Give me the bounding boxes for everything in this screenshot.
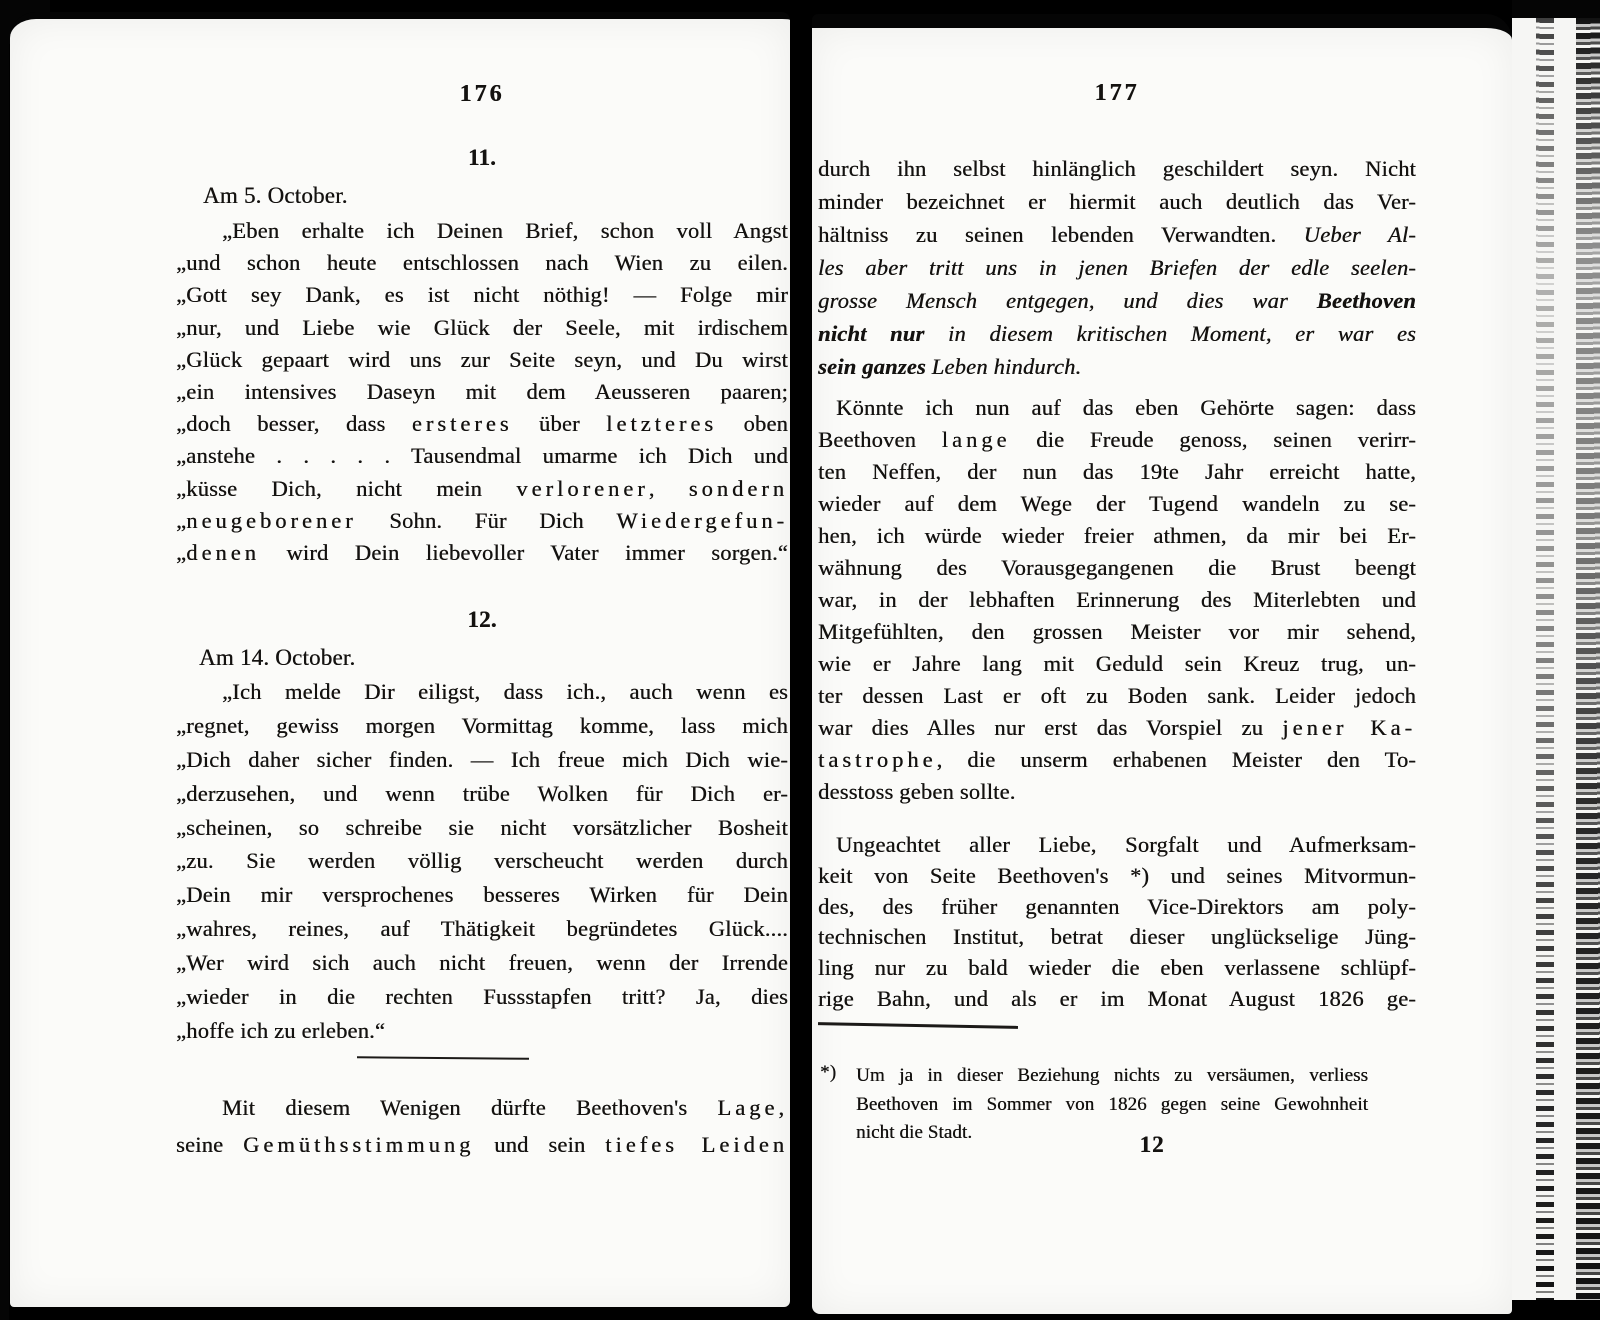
paragraph-3: Ungeachtet aller Liebe, Sorgfalt und Auf…	[818, 830, 1416, 1015]
text-line: „derzusehen, und wenn trübe Wolken für D…	[176, 777, 788, 811]
text-line: Beethoven im Sommer von 1826 gegen seine…	[856, 1091, 1368, 1120]
scan-streak-fore-edge-b	[1576, 18, 1600, 1300]
text-line: ten Neffen, der nun das 19te Jahr erreic…	[818, 456, 1416, 488]
scan-fore-edge	[1512, 0, 1600, 1300]
text-line: Ungeachtet aller Liebe, Sorgfalt und Auf…	[818, 830, 1416, 861]
text-line: „ein intensives Daseyn mit dem Aeusseren…	[176, 376, 788, 408]
text-line: „nur, und Liebe wie Glück der Seele, mit…	[176, 312, 788, 344]
text-line: les aber tritt uns in jenen Briefen der …	[818, 251, 1416, 284]
letter-text-12: „Ich melde Dir eiligst, dass ich., auch …	[176, 675, 788, 1048]
text-line: des, des früher genannten Vice-Direktors…	[818, 892, 1416, 923]
letter-text-11: „Eben erhalte ich Deinen Brief, schon vo…	[176, 215, 788, 569]
page-number-left: 176	[176, 81, 788, 108]
text-line: desstoss geben sollte.	[818, 776, 1416, 808]
text-line: minder bezeichnet er hiermit auch deutli…	[818, 185, 1416, 218]
text-line: „Dein mir versprochenes besseres Wirken …	[176, 878, 788, 912]
text-line: hen, ich würde wieder freier athmen, da …	[818, 520, 1416, 552]
text-line: „und schon heute entschlossen nach Wien …	[176, 247, 788, 279]
scan-edge-stripe-left	[0, 0, 9, 1320]
text-line: „wahres, reines, auf Thätigkeit begründe…	[176, 912, 788, 946]
text-line: grosse Mensch entgegen, und dies war Bee…	[818, 284, 1416, 317]
text-line: „zu. Sie werden völlig verscheucht werde…	[176, 844, 788, 878]
text-line: „Ich melde Dir eiligst, dass ich., auch …	[176, 675, 788, 709]
footnote-marker: *)	[820, 1062, 836, 1084]
text-line: „Eben erhalte ich Deinen Brief, schon vo…	[176, 215, 788, 247]
text-line: „küsse Dich, nicht mein verlorener, sond…	[176, 473, 788, 505]
text-line: Könnte ich nun auf das eben Gehörte sage…	[818, 392, 1416, 424]
text-line: „Glück gepaart wird uns zur Seite seyn, …	[176, 344, 788, 376]
text-line: nicht nur in diesem kritischen Moment, e…	[818, 317, 1416, 350]
text-line: „wieder in die rechten Fussstapfen tritt…	[176, 980, 788, 1014]
text-line: rige Bahn, und als er im Monat August 18…	[818, 984, 1416, 1015]
text-line: hältniss zu seinen lebenden Verwandten. …	[818, 218, 1416, 251]
footnote-rule	[818, 1022, 1018, 1029]
closing-paragraph: Mit diesem Wenigen dürfte Beethoven's La…	[176, 1089, 788, 1163]
text-line: „anstehe . . . . . Tausendmal umarme ich…	[176, 440, 788, 472]
text-line: Mit diesem Wenigen dürfte Beethoven's La…	[176, 1089, 788, 1126]
left-page: 176 11. Am 5. October. „Eben erhalte ich…	[10, 12, 790, 1307]
text-line: „Dich daher sicher finden. — Ich freue m…	[176, 743, 788, 777]
text-line: „doch besser, dass ersteres über letzter…	[176, 408, 788, 440]
text-line: ling nur zu bald wieder die eben verlass…	[818, 953, 1416, 984]
text-line: Beethoven lange die Freude genoss, seine…	[818, 424, 1416, 456]
section-date-12: Am 14. October.	[199, 645, 355, 671]
text-line: „scheinen, so schreibe sie nicht vorsätz…	[176, 811, 788, 845]
right-page: 177 durch ihn selbst hinlänglich geschil…	[812, 14, 1512, 1314]
text-line: seine Gemüthsstimmung und sein tiefes Le…	[176, 1126, 788, 1163]
text-line: keit von Seite Beethoven's *) und seines…	[818, 861, 1416, 892]
text-line: „denen wird Dein liebevoller Vater immer…	[176, 537, 788, 569]
text-line: „hoffe ich zu erleben.“	[176, 1014, 788, 1048]
scan-streak-fore-edge-a	[1536, 18, 1554, 1300]
text-line: „Wer wird sich auch nicht freuen, wenn d…	[176, 946, 788, 980]
section-divider-rule	[357, 1056, 529, 1060]
page-number-right: 177	[818, 80, 1416, 107]
text-line: war dies Alles nur erst das Vorspiel zu …	[818, 712, 1416, 744]
text-line: „neugeborener Sohn. Für Dich Wiedergefun…	[176, 505, 788, 537]
text-line: wieder auf dem Wege der Tugend wandeln z…	[818, 488, 1416, 520]
text-line: Um ja in dieser Beziehung nichts zu vers…	[856, 1062, 1368, 1091]
text-line: sein ganzes Leben hindurch.	[818, 350, 1416, 383]
text-line: technischen Institut, betrat dieser ungl…	[818, 922, 1416, 953]
text-line: „Gott sey Dank, es ist nicht nöthig! — F…	[176, 279, 788, 311]
section-number-12: 12.	[176, 607, 788, 633]
section-number-11: 11.	[176, 145, 788, 171]
text-line: ter dessen Last er oft zu Boden sank. Le…	[818, 680, 1416, 712]
paragraph-1: durch ihn selbst hinlänglich geschildert…	[818, 152, 1416, 383]
text-line: wähnung des Vorausgegangenen die Brust b…	[818, 552, 1416, 584]
scan-fore-edge-top-band	[1512, 0, 1600, 18]
text-line: Mitgefühlten, den grossen Meister vor mi…	[818, 616, 1416, 648]
text-line: wie er Jahre lang mit Geduld sein Kreuz …	[818, 648, 1416, 680]
text-line: war, in der lebhaften Erinnerung des Mit…	[818, 584, 1416, 616]
text-line: tastrophe, die unserm erhabenen Meister …	[818, 744, 1416, 776]
text-line: durch ihn selbst hinlänglich geschildert…	[818, 152, 1416, 185]
section-date-11: Am 5. October.	[203, 183, 348, 209]
text-line: „regnet, gewiss morgen Vormittag komme, …	[176, 709, 788, 743]
paragraph-2: Könnte ich nun auf das eben Gehörte sage…	[818, 392, 1416, 808]
signature-mark: 12	[818, 1132, 1416, 1158]
